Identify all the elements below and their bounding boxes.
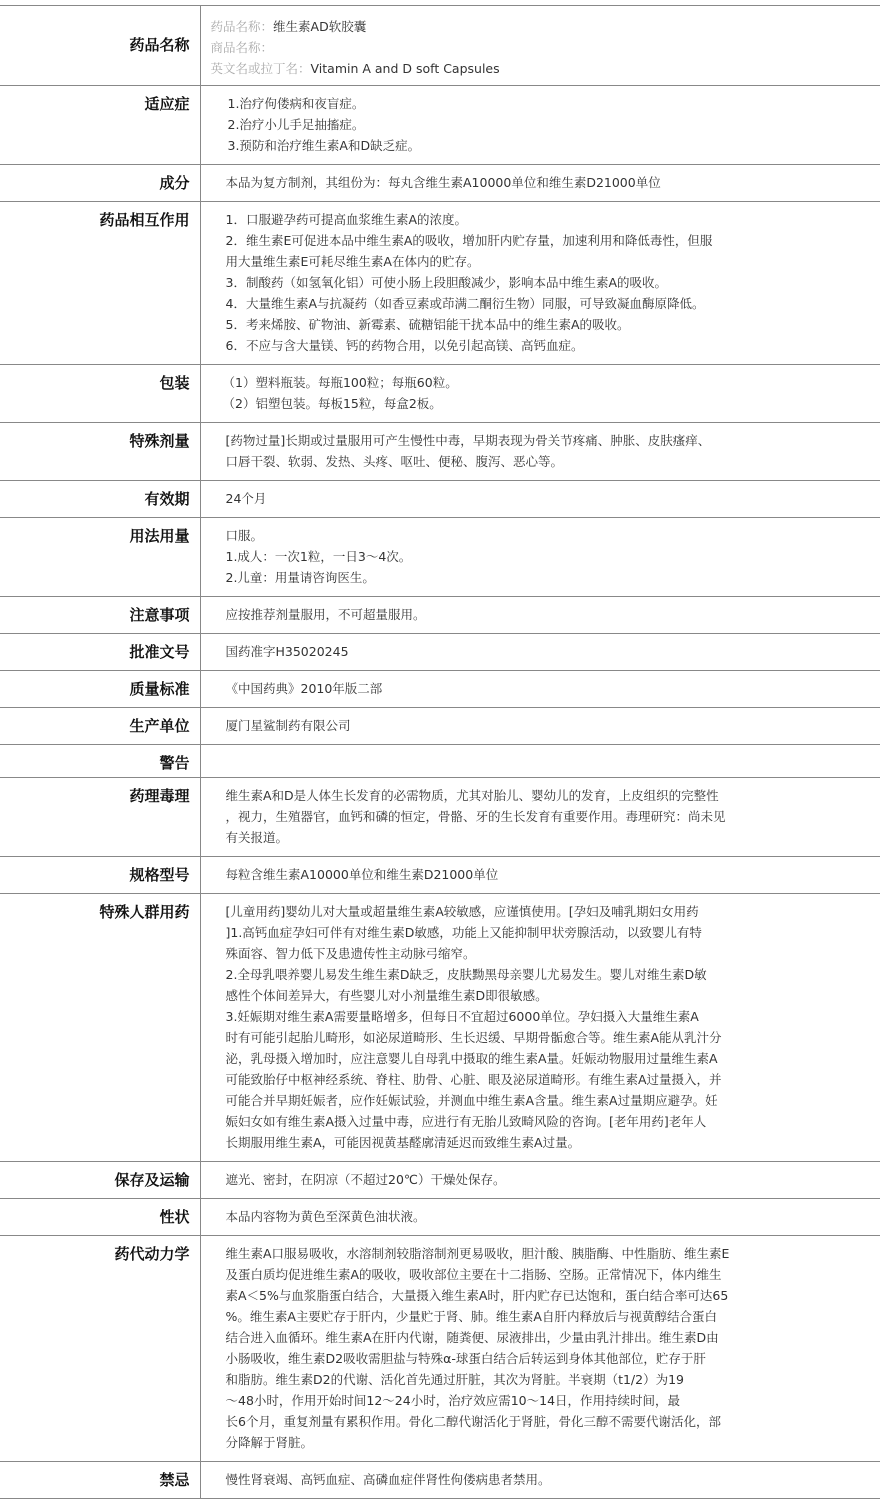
text-line: 1．口服避孕药可提高血浆维生素A的浓度。 [226, 209, 869, 230]
row-specification: 规格型号 每粒含维生素A10000单位和维生素D21000单位 [0, 857, 880, 894]
text-line: 时有可能引起胎儿畸形，如泌尿道畸形、生长迟缓、早期骨骺愈合等。维生素A能从乳汁分 [226, 1027, 869, 1048]
row-value: 国药准字H35020245 [200, 634, 880, 671]
text-line: 小肠吸收，维生素D2吸收需胆盐与特殊α-球蛋白结合后转运到身体其他部位，贮存于肝 [226, 1348, 869, 1369]
row-appearance: 性状 本品内容物为黄色至深黄色油状液。 [0, 1199, 880, 1236]
row-special-dosage: 特殊剂量 [药物过量]长期或过量服用可产生慢性中毒，早期表现为骨关节疼痛、肿胀、… [0, 423, 880, 481]
text-line: （2）铝塑包装。每板15粒，每盒2板。 [223, 393, 869, 414]
row-storage: 保存及运输 遮光、密封，在阴凉（不超过20℃）干燥处保存。 [0, 1162, 880, 1199]
row-label: 药理毒理 [0, 778, 200, 857]
row-label: 质量标准 [0, 671, 200, 708]
row-value: 应按推荐剂量服用，不可超量服用。 [200, 597, 880, 634]
row-value: 厦门星鲨制药有限公司 [200, 708, 880, 745]
text-line: 5．考来烯胺、矿物油、新霉素、硫糖铝能干扰本品中的维生素A的吸收。 [226, 314, 869, 335]
text-line: 结合进入血循环。维生素A在肝内代谢，随粪便、尿液排出，少量由乳汁排出。维生素D由 [226, 1327, 869, 1348]
row-drug-name: 药品名称 药品名称：维生素AD软胶囊 商品名称： 英文名或拉丁名：Vitamin… [0, 6, 880, 86]
row-usage: 用法用量 口服。 1.成人：一次1粒，一日3～4次。 2.儿童：用量请咨询医生。 [0, 518, 880, 597]
text-line: [儿童用药]婴幼儿对大量或超量维生素A较敏感，应谨慎使用。[孕妇及哺乳期妇女用药 [226, 901, 869, 922]
text-line: 及蛋白质均促进维生素A的吸收，吸收部位主要在十二指肠、空肠。正常情况下，体内维生 [226, 1264, 869, 1285]
row-label: 警告 [0, 745, 200, 778]
text-line: 口唇干裂、软弱、发热、头疼、呕吐、便秘、腹泻、恶心等。 [226, 451, 869, 472]
text-line: 素A＜5%与血浆脂蛋白结合，大量摄入维生素A时，肝内贮存已达饱和，蛋白结合率可达… [226, 1285, 869, 1306]
text-line: 娠妇女如有维生素A摄入过量中毒，应进行有无胎儿致畸风险的咨询。[老年用药]老年人 [226, 1111, 869, 1132]
text-line: 可能致胎仔中枢神经系统、脊柱、肋骨、心脏、眼及泌尿道畸形。有维生素A过量摄入，并 [226, 1069, 869, 1090]
row-value: 每粒含维生素A10000单位和维生素D21000单位 [200, 857, 880, 894]
row-value: 24个月 [200, 481, 880, 518]
text-line: %。维生素A主要贮存于肝内，少量贮于肾、肺。维生素A自肝内释放后与视黄醇结合蛋白 [226, 1306, 869, 1327]
english-name-line: 英文名或拉丁名：Vitamin A and D soft Capsules [211, 58, 869, 79]
text-line: 殊面容、智力低下及患遗传性主动脉弓缩窄。 [226, 943, 869, 964]
text-line: 4．大量维生素A与抗凝药（如香豆素或茚满二酮衍生物）同服，可导致凝血酶原降低。 [226, 293, 869, 314]
row-label: 规格型号 [0, 857, 200, 894]
row-label: 生产单位 [0, 708, 200, 745]
row-label: 成分 [0, 165, 200, 202]
text-line: 每粒含维生素A10000单位和维生素D21000单位 [226, 864, 869, 885]
row-value: 口服。 1.成人：一次1粒，一日3～4次。 2.儿童：用量请咨询医生。 [200, 518, 880, 597]
text-line: 维生素A口服易吸收，水溶制剂较脂溶制剂更易吸收，胆汁酸、胰脂酶、中性脂肪、维生素… [226, 1243, 869, 1264]
row-precautions: 注意事项 应按推荐剂量服用，不可超量服用。 [0, 597, 880, 634]
text-line: 遮光、密封，在阴凉（不超过20℃）干燥处保存。 [226, 1169, 869, 1190]
row-value: （1）塑料瓶装。每瓶100粒；每瓶60粒。 （2）铝塑包装。每板15粒，每盒2板… [200, 365, 880, 423]
row-value: 1.治疗佝偻病和夜盲症。 2.治疗小儿手足抽搐症。 3.预防和治疗维生素A和D缺… [200, 86, 880, 165]
text-line: 长6个月，重复剂量有累积作用。骨化二醇代谢活化于肾脏，骨化三醇不需要代谢活化，部 [226, 1411, 869, 1432]
row-interactions: 药品相互作用 1．口服避孕药可提高血浆维生素A的浓度。 2．维生素E可促进本品中… [0, 202, 880, 365]
row-label: 包装 [0, 365, 200, 423]
text-line: 口服。 [226, 525, 869, 546]
text-line: 1.成人：一次1粒，一日3～4次。 [226, 546, 869, 567]
row-special-population: 特殊人群用药 [儿童用药]婴幼儿对大量或超量维生素A较敏感，应谨慎使用。[孕妇及… [0, 894, 880, 1162]
row-value: 维生素A和D是人体生长发育的必需物质，尤其对胎儿、婴幼儿的发育，上皮组织的完整性… [200, 778, 880, 857]
text-line: 3.妊娠期对维生素A需要量略增多，但每日不宜超过6000单位。孕妇摄入大量维生素… [226, 1006, 869, 1027]
text-line: 6．不应与含大量镁、钙的药物合用，以免引起高镁、高钙血症。 [226, 335, 869, 356]
row-value: 维生素A口服易吸收，水溶制剂较脂溶制剂更易吸收，胆汁酸、胰脂酶、中性脂肪、维生素… [200, 1236, 880, 1461]
text-line: 分降解于肾脏。 [226, 1432, 869, 1453]
row-value: 《中国药典》2010年版二部 [200, 671, 880, 708]
text-line: 应按推荐剂量服用，不可超量服用。 [226, 604, 869, 625]
row-label: 性状 [0, 1199, 200, 1236]
row-value: 本品为复方制剂，其组份为：每丸含维生素A10000单位和维生素D21000单位 [200, 165, 880, 202]
row-label: 注意事项 [0, 597, 200, 634]
row-label: 用法用量 [0, 518, 200, 597]
row-pharmacology: 药理毒理 维生素A和D是人体生长发育的必需物质，尤其对胎儿、婴幼儿的发育，上皮组… [0, 778, 880, 857]
text-line: 维生素A和D是人体生长发育的必需物质，尤其对胎儿、婴幼儿的发育，上皮组织的完整性 [226, 785, 869, 806]
text-line: 2.治疗小儿手足抽搐症。 [228, 114, 869, 135]
row-value: 本品内容物为黄色至深黄色油状液。 [200, 1199, 880, 1236]
text-line: 24个月 [226, 488, 869, 509]
text-line: 厦门星鲨制药有限公司 [226, 715, 869, 736]
row-value: 1．口服避孕药可提高血浆维生素A的浓度。 2．维生素E可促进本品中维生素A的吸收… [200, 202, 880, 365]
row-quality-standard: 质量标准 《中国药典》2010年版二部 [0, 671, 880, 708]
row-label: 药品相互作用 [0, 202, 200, 365]
row-label: 适应症 [0, 86, 200, 165]
row-pharmacokinetics: 药代动力学 维生素A口服易吸收，水溶制剂较脂溶制剂更易吸收，胆汁酸、胰脂酶、中性… [0, 1236, 880, 1461]
row-value: 遮光、密封，在阴凉（不超过20℃）干燥处保存。 [200, 1162, 880, 1199]
row-packaging: 包装 （1）塑料瓶装。每瓶100粒；每瓶60粒。 （2）铝塑包装。每板15粒，每… [0, 365, 880, 423]
row-label: 批准文号 [0, 634, 200, 671]
row-label: 有效期 [0, 481, 200, 518]
text-line: ]1.高钙血症孕妇可伴有对维生素D敏感，功能上又能抑制甲状旁腺活动，以致婴儿有特 [226, 922, 869, 943]
row-label: 保存及运输 [0, 1162, 200, 1199]
text-line: 长期服用维生素A，可能因视黄基醛廓清延迟而致维生素A过量。 [226, 1132, 869, 1153]
text-line: 泌，乳母摄入增加时，应注意婴儿自母乳中摄取的维生素A量。妊娠动物服用过量维生素A [226, 1048, 869, 1069]
row-value: [药物过量]长期或过量服用可产生慢性中毒，早期表现为骨关节疼痛、肿胀、皮肤瘙痒、… [200, 423, 880, 481]
text-line: 有关报道。 [226, 827, 869, 848]
row-manufacturer: 生产单位 厦门星鲨制药有限公司 [0, 708, 880, 745]
text-line: 可能合并早期妊娠者，应作妊娠试验，并测血中维生素A含量。维生素A过量期应避孕。妊 [226, 1090, 869, 1111]
drug-spec-table: 药品名称 药品名称：维生素AD软胶囊 商品名称： 英文名或拉丁名：Vitamin… [0, 5, 880, 1460]
text-line: 和脂肪。维生素D2的代谢、活化首先通过肝脏，其次为肾脏。半衰期（t1/2）为19 [226, 1369, 869, 1390]
text-line: 2．维生素E可促进本品中维生素A的吸收，增加肝内贮存量，加速利用和降低毒性，但服 [226, 230, 869, 251]
row-approval-number: 批准文号 国药准字H35020245 [0, 634, 880, 671]
text-line: 3.预防和治疗维生素A和D缺乏症。 [228, 135, 869, 156]
row-value: [儿童用药]婴幼儿对大量或超量维生素A较敏感，应谨慎使用。[孕妇及哺乳期妇女用药… [200, 894, 880, 1162]
text-line: ，视力，生殖器官，血钙和磷的恒定，骨骼、牙的生长发育有重要作用。毒理研究：尚未见 [226, 806, 869, 827]
text-line: 感性个体间差异大，有些婴儿对小剂量维生素D即很敏感。 [226, 985, 869, 1006]
row-label: 特殊剂量 [0, 423, 200, 481]
text-line: 3．制酸药（如氢氧化铝）可使小肠上段胆酸减少，影响本品中维生素A的吸收。 [226, 272, 869, 293]
text-line: 2.全母乳喂养婴儿易发生维生素D缺乏，皮肤黝黑母亲婴儿尤易发生。婴儿对维生素D敏 [226, 964, 869, 985]
row-label: 药代动力学 [0, 1236, 200, 1461]
text-line: 用大量维生素E可耗尽维生素A在体内的贮存。 [226, 251, 869, 272]
generic-name-line: 药品名称：维生素AD软胶囊 [211, 16, 869, 37]
text-line: 《中国药典》2010年版二部 [226, 678, 869, 699]
text-line: 本品内容物为黄色至深黄色油状液。 [226, 1206, 869, 1227]
text-line: 本品为复方制剂，其组份为：每丸含维生素A10000单位和维生素D21000单位 [226, 172, 869, 193]
text-line: 国药准字H35020245 [226, 641, 869, 662]
row-value-empty [200, 745, 880, 778]
text-line: 2.儿童：用量请咨询医生。 [226, 567, 869, 588]
row-label: 药品名称 [0, 6, 200, 86]
row-value: 药品名称：维生素AD软胶囊 商品名称： 英文名或拉丁名：Vitamin A an… [200, 6, 880, 86]
text-line: 1.治疗佝偻病和夜盲症。 [228, 93, 869, 114]
text-line: （1）塑料瓶装。每瓶100粒；每瓶60粒。 [223, 372, 869, 393]
text-line: ～48小时，作用开始时间12～24小时，治疗效应需10～14日，作用持续时间，最 [226, 1390, 869, 1411]
row-label: 特殊人群用药 [0, 894, 200, 1162]
row-indications: 适应症 1.治疗佝偻病和夜盲症。 2.治疗小儿手足抽搐症。 3.预防和治疗维生素… [0, 86, 880, 165]
row-composition: 成分 本品为复方制剂，其组份为：每丸含维生素A10000单位和维生素D21000… [0, 165, 880, 202]
row-validity: 有效期 24个月 [0, 481, 880, 518]
trade-name-line: 商品名称： [211, 37, 869, 58]
row-warning: 警告 [0, 745, 880, 778]
text-line: [药物过量]长期或过量服用可产生慢性中毒，早期表现为骨关节疼痛、肿胀、皮肤瘙痒、 [226, 430, 869, 451]
